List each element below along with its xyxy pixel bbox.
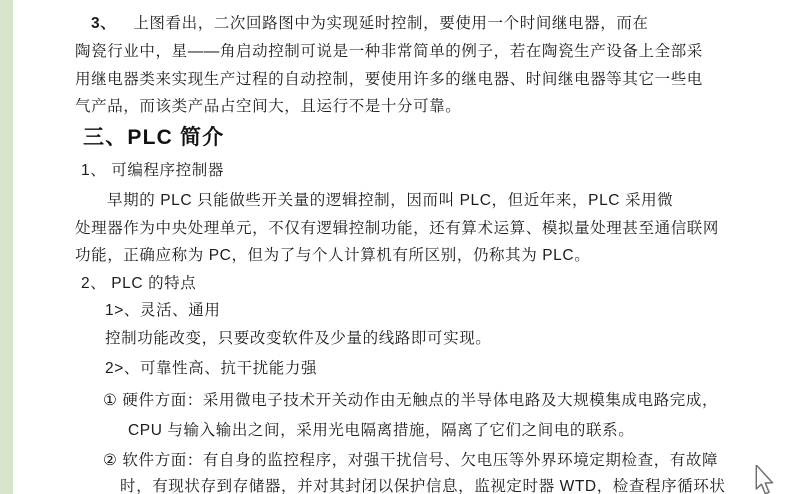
- item1-line2: 处理器作为中央处理单元，不仅有逻辑控制功能，还有算术运算、模拟量处理甚至通信联网: [75, 219, 719, 239]
- item1-line1: 早期的 PLC 只能做些开关量的逻辑控制，因而叫 PLC，但近年来，PLC 采用…: [107, 191, 673, 211]
- section-heading: 三、PLC 简介: [83, 128, 224, 148]
- item1-line3: 功能，正确应称为 PC，但为了与个人计算机有所区别，仍称其为 PLC。: [75, 246, 590, 266]
- arrow-pointer-icon: [754, 465, 776, 494]
- feature2-sw-line1: ② 软件方面：有自身的监控程序，对强干扰信号、欠电压等外界环境定期检查，有故障: [103, 451, 718, 471]
- para3-number: 3、: [91, 15, 116, 32]
- para3-line2: 陶瓷行业中，星——角启动控制可说是一种非常简单的例子，若在陶瓷生产设备上全部采: [75, 42, 703, 62]
- para3-line1-text: 上图看出，二次回路图中为实现延时控制，要使用一个时间继电器，而在: [133, 15, 648, 32]
- left-margin-strip: [0, 0, 13, 494]
- feature2-hw-line2: CPU 与输入输出之间，采用光电隔离措施，隔离了它们之间电的联系。: [128, 421, 634, 441]
- feature2-sw-line2: 时，有现状存到存储器，并对其封闭以保护信息，监视定时器 WTD，检查程序循环状: [120, 477, 726, 494]
- document-page: 3、上图看出，二次回路图中为实现延时控制，要使用一个时间继电器，而在 陶瓷行业中…: [0, 0, 797, 494]
- para3-line3: 用继电器类来实现生产过程的自动控制，要使用许多的继电器、时间继电器等其它一些电: [75, 70, 703, 90]
- feature1-title: 1>、灵活、通用: [105, 301, 220, 321]
- feature1-line: 控制功能改变，只要改变软件及少量的线路即可实现。: [105, 329, 491, 349]
- para3-line1: 3、上图看出，二次回路图中为实现延时控制，要使用一个时间继电器，而在: [91, 14, 649, 34]
- feature2-hw-line1: ① 硬件方面：采用微电子技术开关动作由无触点的半导体电路及大规模集成电路完成，: [103, 391, 718, 411]
- para3-line4: 气产品，而该类产品占空间大，且运行不是十分可靠。: [75, 97, 461, 117]
- item1-title: 1、 可编程序控制器: [81, 161, 224, 181]
- item2-title: 2、 PLC 的特点: [81, 274, 196, 294]
- feature2-title: 2>、可靠性高、抗干扰能力强: [105, 359, 317, 379]
